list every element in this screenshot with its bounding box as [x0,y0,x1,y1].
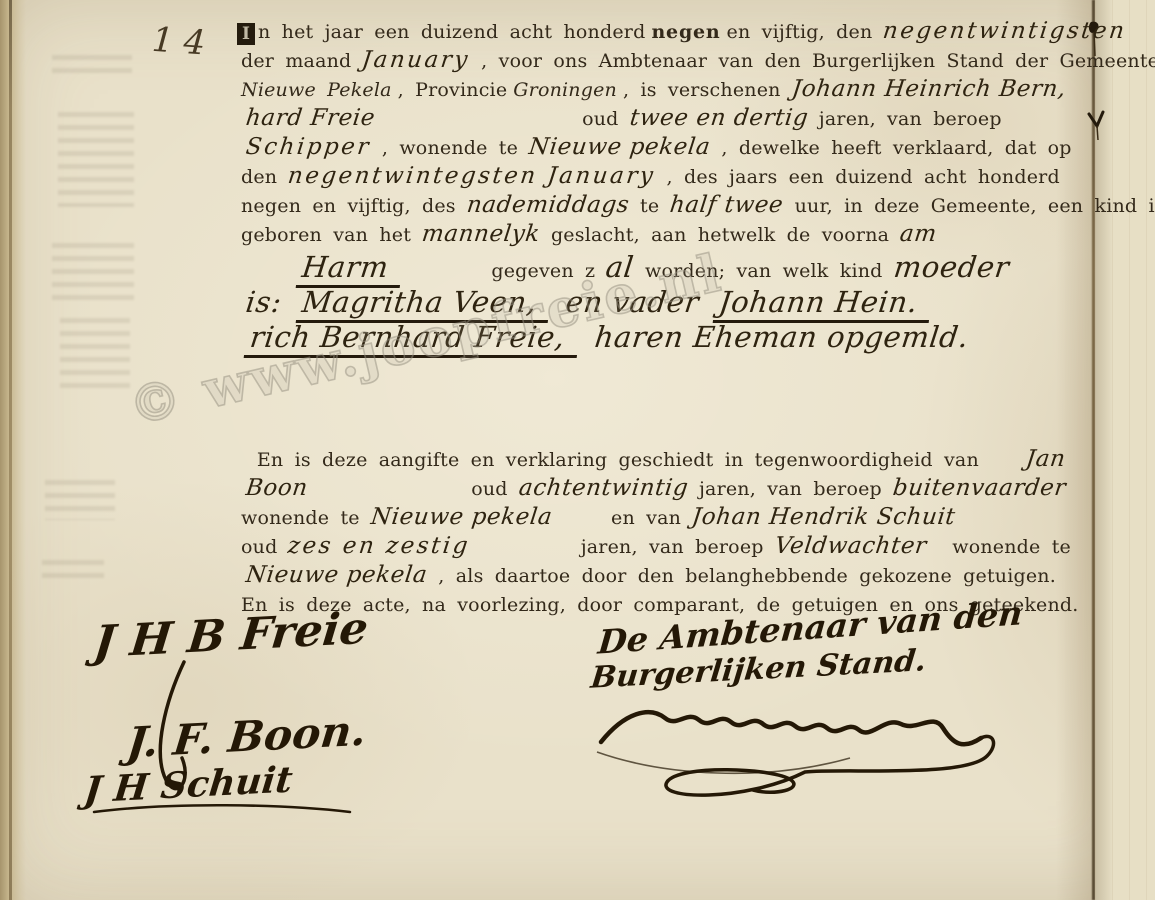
handwritten-text: Schipper [244,134,372,160]
printed-text: jaren, van beroep [581,533,764,562]
bleed-through-text [42,560,104,582]
printed-text: jaren, van beroep [699,475,882,504]
handwritten-text: twee en dertig [628,105,809,131]
printed-text: n het jaar een duizend acht honderd [258,18,645,47]
handwritten-text: negentwintigsten [882,18,1129,44]
printed-text: , Provincie [398,76,508,105]
act-line: geboren van het mannelyk geslacht, aan h… [238,221,1074,250]
witness-name-handwritten: Jan [1025,446,1068,472]
handwritten-text: en vader [564,285,701,319]
printed-text: der maand [241,47,351,76]
act-line: negen en vijftig, des nademiddags te hal… [238,192,1074,221]
spacer [982,465,1019,466]
handwritten-text: mannelyk [420,221,541,247]
printed-text: , dewelke heeft verklaard, dat op [721,134,1071,163]
printed-text: wonende te [952,533,1071,562]
handwritten-text: January [361,47,472,73]
printed-text: negen [651,18,720,47]
act-line: rich Bernhard Freie, haren Eheman opgeml… [238,320,1074,355]
printed-text: geslacht, aan hetwelk de voorna [551,221,889,250]
mother-name-handwritten: Magritha Veen, [295,285,552,323]
act-line: Schipper , wonende te Nieuwe pekela , de… [238,134,1074,163]
handwritten-text: negentwintegsten January [287,163,657,189]
bleed-through-text [52,243,134,305]
signature-declarant: J H B Freie [91,603,370,668]
handwritten-text: Johann Heinrich Bern, [790,76,1067,102]
printed-text: gegeven z [491,257,595,286]
handwritten-text: achtentwintig [517,475,689,501]
handwritten-text: nademiddags [465,192,631,218]
printed-text: oud [471,475,507,504]
stitch-mark [1085,108,1107,142]
bleed-through-text [58,112,134,207]
spacer [238,276,290,277]
witness-name-handwritten: Johan Hendrik Schuit [690,504,957,530]
handwritten-text: am [899,221,939,247]
printed-text: En is deze aangifte en verklaring geschi… [257,446,979,475]
spacer [560,523,608,524]
registrar-signature [595,672,1015,802]
act-line: der maand January , voor ons Ambtenaar v… [238,47,1074,76]
printed-text: geboren van het [241,221,411,250]
spacer [238,465,254,466]
act-line: Nieuwe pekela , als daartoe door den bel… [238,562,1074,591]
child-name-handwritten: Harm [296,250,405,288]
bleed-through-text [45,480,115,520]
printed-text: worden; van welk kind [645,257,883,286]
handwritten-text: Nieuwe pekela [527,134,711,160]
bleed-through-text [60,318,130,393]
signature-underline-flourish [92,800,354,818]
printed-text: , voor ons Ambtenaar van den Burgerlijke… [481,47,1155,76]
handwritten-text: is: [244,285,284,319]
handwritten-text: hard Freie [244,105,376,131]
act-line: Harm gegeven z al worden; van welk kind … [238,250,1074,285]
act-line: I n het jaar een duizend acht honderd ne… [238,18,1074,47]
father-name-handwritten: Johann Hein. [713,285,934,323]
printed-text: negen en vijftig, des [241,192,456,221]
book-left-edge [0,0,26,900]
act-line: den negentwintegsten January , des jaars… [238,163,1074,192]
father-name-handwritten: rich Bernhard Freie, [244,320,581,358]
printed-text: te [640,192,659,221]
handwritten-text: buitenvaarder [891,475,1067,501]
handwritten-text: half twee [669,192,785,218]
printed-text: Nieuwe Pekela [241,76,392,105]
printed-text: , als daartoe door den belanghebbende ge… [438,562,1056,591]
printed-text: , is verschenen [623,76,781,105]
printed-text: , wonende te [382,134,518,163]
act-line: En is deze aangifte en verklaring geschi… [238,446,1074,475]
printed-text: oud [582,105,618,134]
handwritten-text: haren Eheman opgemld. [593,320,971,354]
act-line: Boon oud achtentwintig jaren, van beroep… [238,475,1074,504]
printed-text: en van [611,504,681,533]
printed-text: jaren, van beroep [819,105,1002,134]
printed-text: uur, in deze Gemeente, een kind is [795,192,1155,221]
spacer [410,276,488,277]
printed-text: en vijftig, den [727,18,873,47]
spacer [316,494,468,495]
act-body: I n het jaar een duizend acht honderd ne… [238,18,1074,355]
witness-name-handwritten: Boon [244,475,309,501]
bleed-through-text [52,55,132,81]
handwritten-text: moeder [891,250,1010,284]
spacer [934,552,949,553]
ornamental-initial: I [238,24,254,44]
birth-record-scan: 14 I n het jaar een duizend acht honderd… [0,0,1155,900]
spacer [383,124,579,125]
act-line: hard Freie oud twee en dertig jaren, van… [238,105,1074,134]
page-number: 14 [151,20,217,64]
printed-text: oud [241,533,277,562]
handwritten-text: Nieuwe pekela [244,562,428,588]
act-line: wonende te Nieuwe pekela en van Johan He… [238,504,1074,533]
act-line: is: Magritha Veen, en vader Johann Hein. [238,285,1074,320]
page-edge-line [9,0,12,900]
handwritten-text: Nieuwe pekela [369,504,553,530]
printed-text: wonende te [241,504,360,533]
handwritten-text: Veldwachter [773,533,928,559]
act-line: Nieuwe Pekela , Provincie Groningen , is… [238,76,1074,105]
act-line: oud zes en zestig jaren, van beroep Veld… [238,533,1074,562]
handwritten-text: zes en zestig [287,533,472,559]
printed-text: , des jaars een duizend acht honderd [667,163,1060,192]
spacer [478,552,577,553]
witness-paragraph: En is deze aangifte en verklaring geschi… [238,446,1074,620]
printed-text: den [241,163,277,192]
printed-text: Groningen [513,76,617,105]
handwritten-text: al [604,250,636,284]
